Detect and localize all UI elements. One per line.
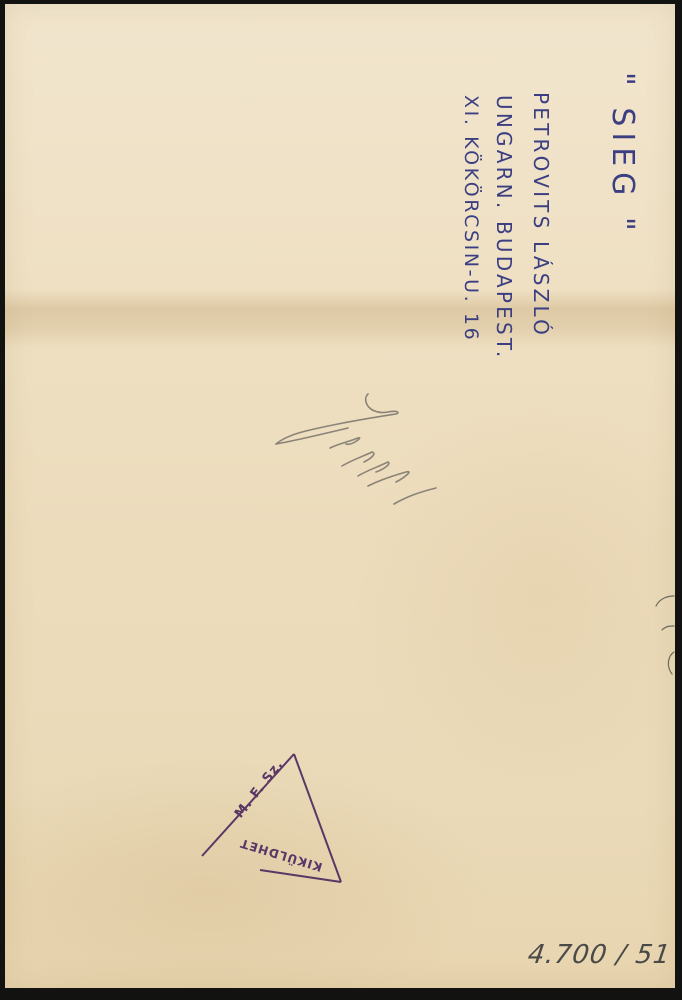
archive-number: 4.700 / 51 <box>526 940 673 970</box>
edge-pencil-marks <box>652 590 676 690</box>
title-sieg: " SIEG " <box>605 72 640 237</box>
scan-frame: " SIEG " PETROVITS LÁSZLÓ UNGARN. BUDAPE… <box>0 0 682 1000</box>
address-city: UNGARN. BUDAPEST. <box>492 95 516 360</box>
address-street: XI. KÖKÖRCSIN-U. 16 <box>460 95 482 342</box>
pencil-signature <box>268 388 438 508</box>
author-name: PETROVITS LÁSZLÓ <box>529 92 553 338</box>
